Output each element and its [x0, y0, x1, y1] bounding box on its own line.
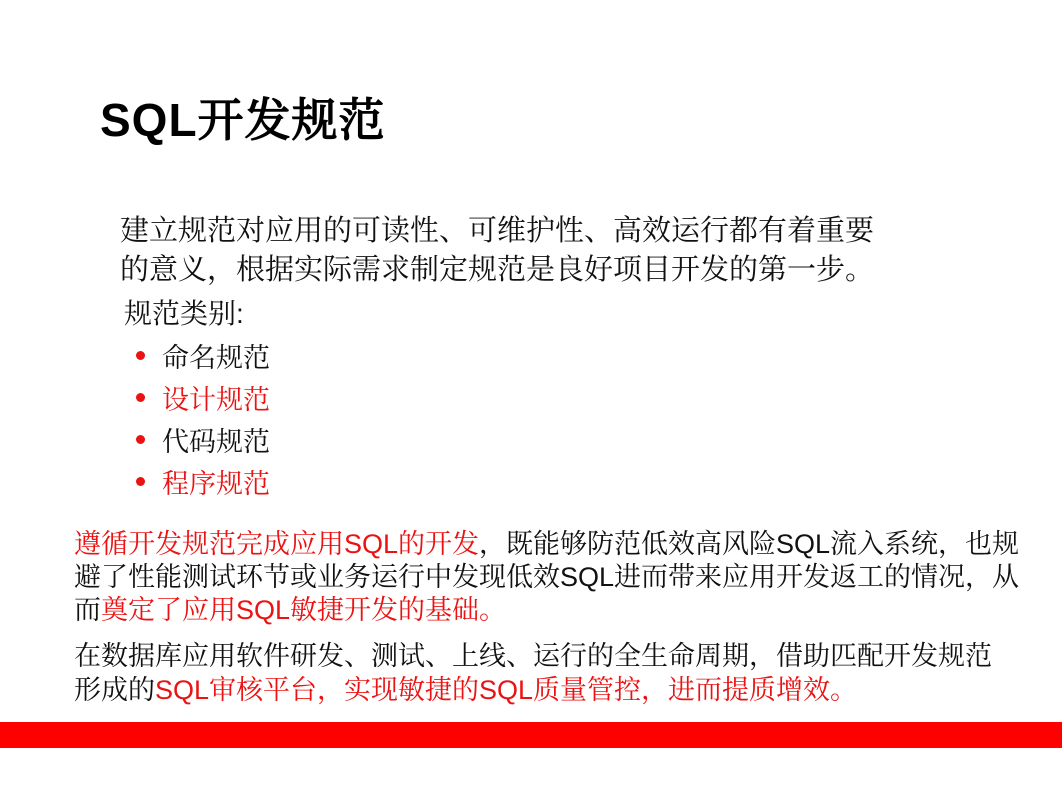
bottom-accent-bar [0, 722, 1062, 748]
text-segment: 避了性能测试环节或业务运行中发现低效SQL进而带来应用开发返工的情况，从 [74, 562, 1019, 592]
text-segment: 在数据库应用软件研发、测试、上线、运行的全生命周期，借助匹配开发规范 [74, 641, 992, 671]
paragraph-line: 避了性能测试环节或业务运行中发现低效SQL进而带来应用开发返工的情况，从 [74, 561, 1019, 594]
bullet-dot-icon [136, 477, 145, 486]
list-item: 设计规范 [136, 376, 270, 418]
list-item: 代码规范 [136, 418, 270, 460]
slide-title: SQL开发规范 [100, 84, 386, 150]
paragraph-line: 遵循开发规范完成应用SQL的开发，既能够防范低效高风险SQL流入系统，也规 [74, 528, 1019, 561]
list-item: 命名规范 [136, 334, 270, 376]
bullet-dot-icon [136, 351, 145, 360]
text-segment: 奠定了应用SQL敏捷开发的基础。 [101, 595, 506, 625]
text-segment: SQL审核平台，实现敏捷的SQL质量管控，进而提质增效。 [155, 675, 857, 705]
bullet-label: 命名规范 [162, 336, 270, 375]
text-segment: 遵循开发规范完成应用SQL的开发 [74, 529, 479, 559]
text-segment: ，既能够防范低效高风险SQL流入系统，也规 [479, 529, 1019, 559]
paragraph-line: 形成的SQL审核平台，实现敏捷的SQL质量管控，进而提质增效。 [74, 673, 992, 707]
paragraph-dev-standards: 遵循开发规范完成应用SQL的开发，既能够防范低效高风险SQL流入系统，也规 避了… [74, 528, 1019, 627]
bullet-label: 代码规范 [162, 420, 270, 459]
bullet-dot-icon [136, 393, 145, 402]
paragraph-line: 在数据库应用软件研发、测试、上线、运行的全生命周期，借助匹配开发规范 [74, 639, 992, 673]
bullet-list: 命名规范 设计规范 代码规范 程序规范 [136, 334, 270, 502]
category-label: 规范类别: [124, 292, 244, 332]
list-item: 程序规范 [136, 460, 270, 502]
text-segment: 形成的 [74, 675, 155, 705]
intro-paragraph: 建立规范对应用的可读性、可维护性、高效运行都有着重要 的意义，根据实际需求制定规… [120, 212, 874, 290]
paragraph-sql-platform: 在数据库应用软件研发、测试、上线、运行的全生命周期，借助匹配开发规范 形成的SQ… [74, 639, 992, 707]
slide: SQL开发规范 建立规范对应用的可读性、可维护性、高效运行都有着重要 的意义，根… [0, 0, 1062, 800]
bullet-label: 程序规范 [162, 462, 270, 501]
bullet-label: 设计规范 [162, 378, 270, 417]
intro-line: 的意义，根据实际需求制定规范是良好项目开发的第一步。 [120, 251, 874, 290]
intro-line: 建立规范对应用的可读性、可维护性、高效运行都有着重要 [120, 212, 874, 251]
bullet-dot-icon [136, 435, 145, 444]
paragraph-line: 而奠定了应用SQL敏捷开发的基础。 [74, 594, 1019, 627]
text-segment: 而 [74, 595, 101, 625]
